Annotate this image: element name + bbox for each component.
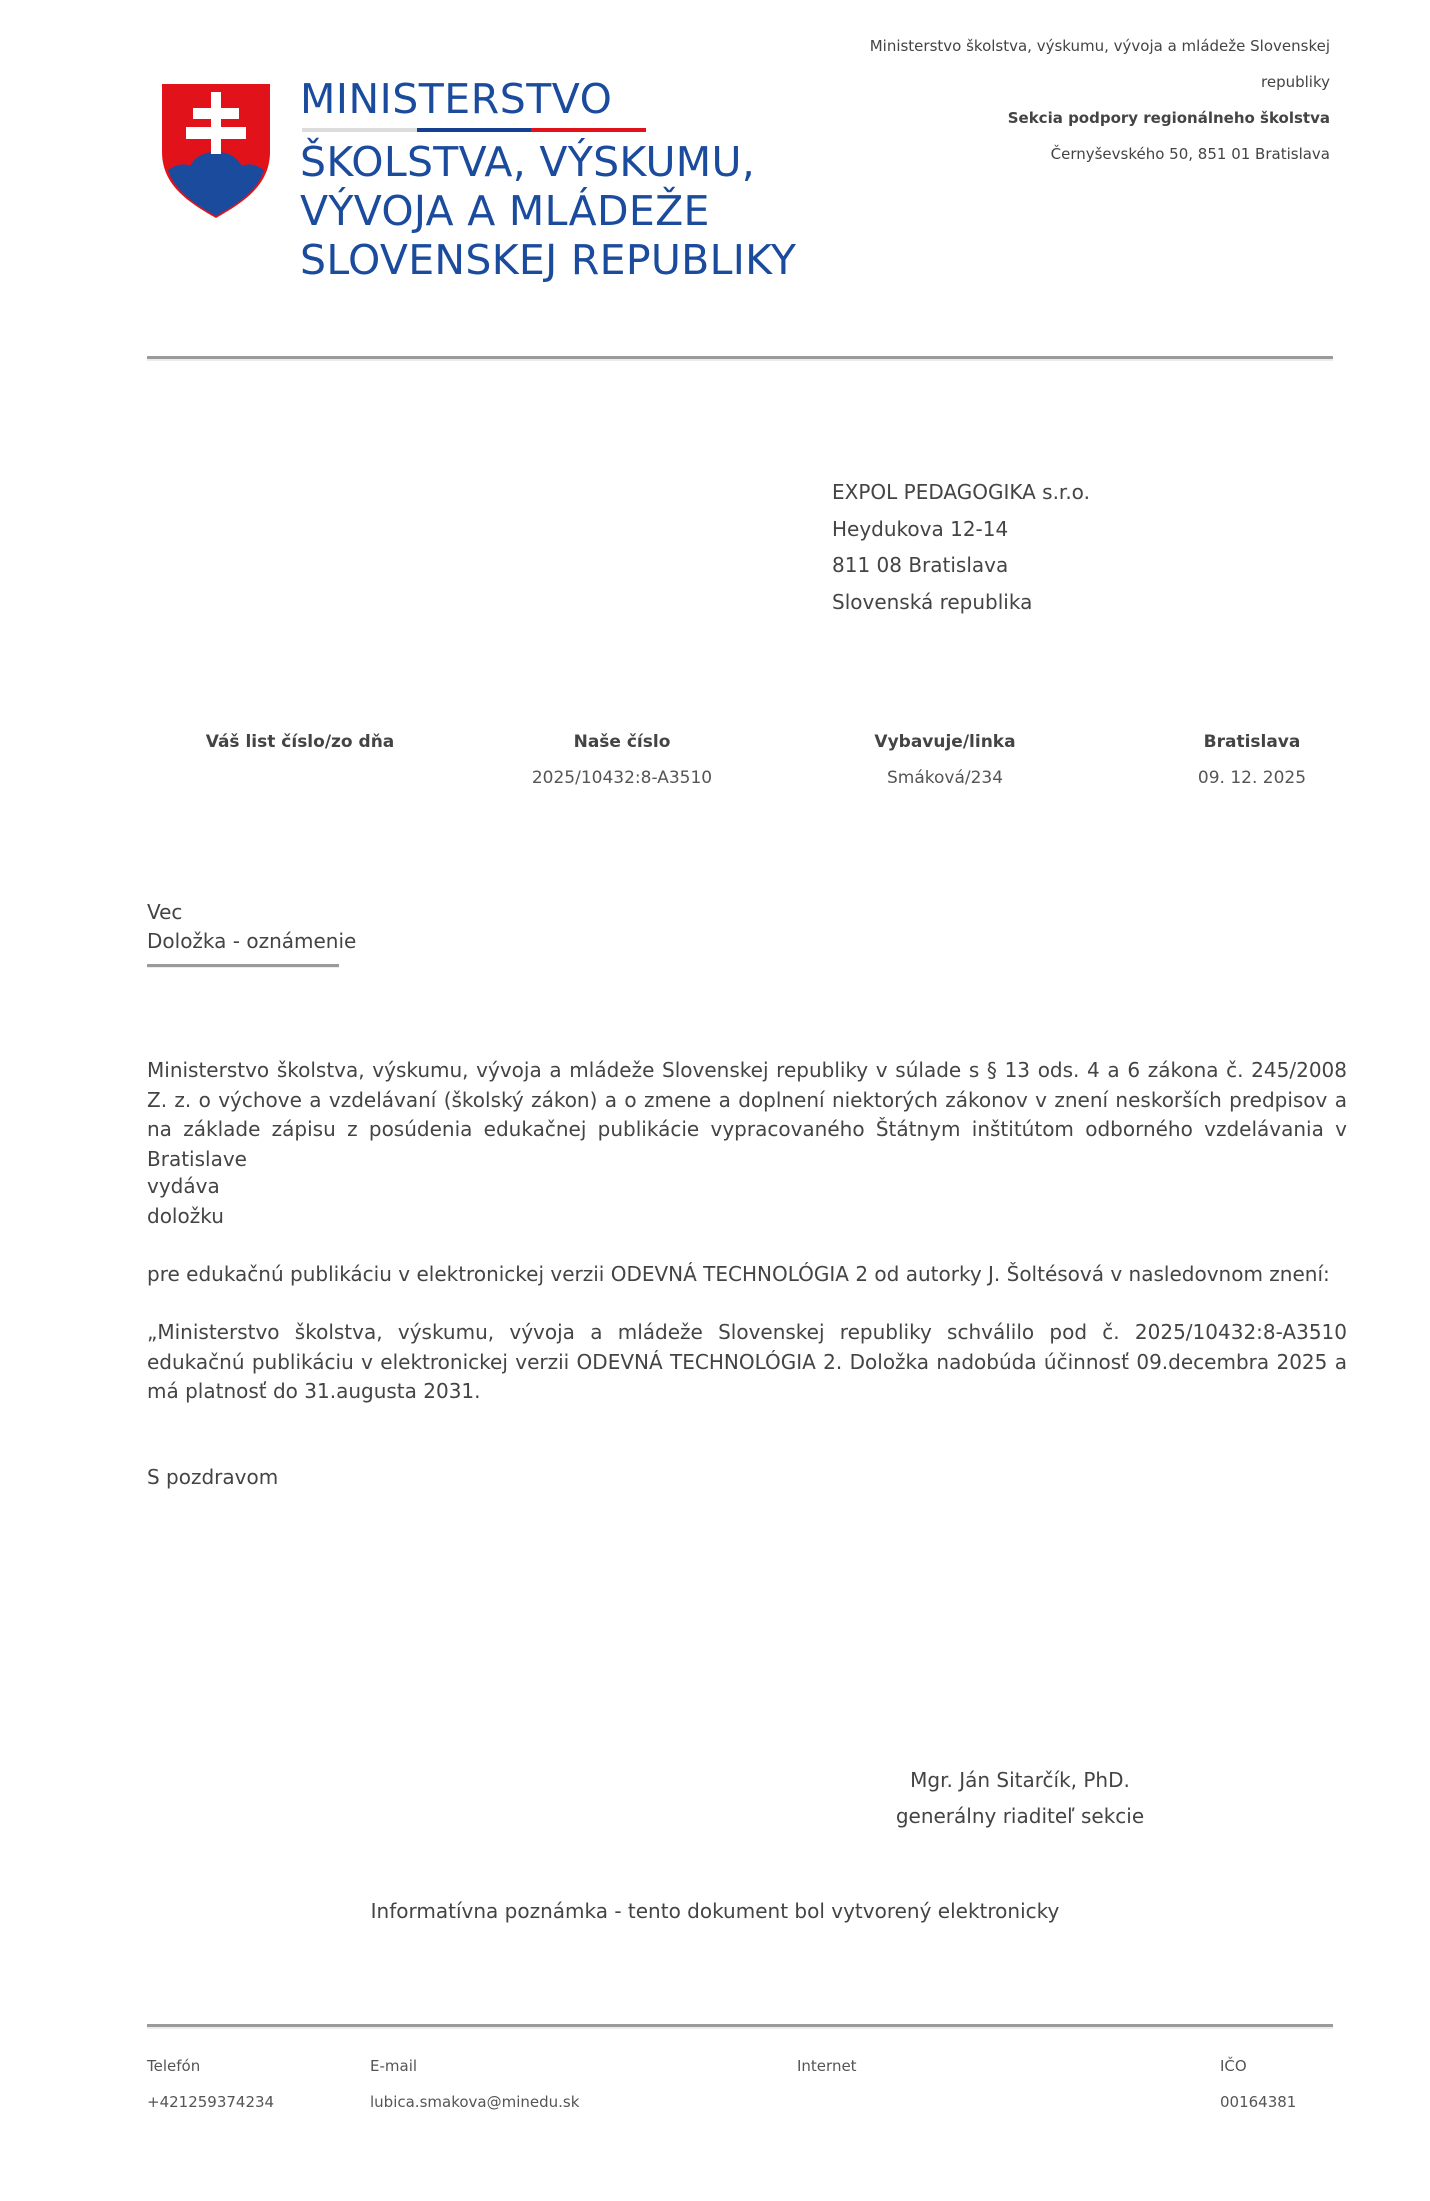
- subject: Vec Doložka - oznámenie: [147, 898, 356, 956]
- logo-title-line3: VÝVOJA A MLÁDEŽE: [300, 187, 796, 236]
- body-issues-line1: vydáva: [147, 1172, 1347, 1202]
- footer-ico: IČO 00164381: [1220, 2048, 1296, 2120]
- recipient-name: EXPOL PEDAGOGIKA s.r.o.: [832, 474, 1090, 511]
- electronic-document-note: Informatívna poznámka - tento dokument b…: [340, 1896, 1090, 1926]
- subject-label: Vec: [147, 898, 356, 927]
- ministry-logo: MINISTERSTVO ŠKOLSTVA, VÝSKUMU, VÝVOJA A…: [300, 76, 796, 285]
- body-paragraph-issues: vydáva doložku: [147, 1172, 1347, 1231]
- footer-email: E-mail lubica.smakova@minedu.sk: [370, 2048, 579, 2120]
- recipient-city: 811 08 Bratislava: [832, 547, 1090, 584]
- footer-value: [797, 2084, 857, 2120]
- subject-underline: [147, 964, 339, 968]
- sender-address: Ministerstvo školstva, výskumu, vývoja a…: [810, 28, 1330, 172]
- ref-value: [200, 760, 400, 796]
- footer-internet: Internet: [797, 2048, 857, 2120]
- ref-value: 2025/10432:8-A3510: [522, 760, 722, 796]
- footer-label: Telefón: [147, 2048, 274, 2084]
- footer-label: Internet: [797, 2048, 857, 2084]
- body-paragraph-publication: pre edukačnú publikáciu v elektronickej …: [147, 1260, 1347, 1290]
- logo-tricolor-stripe: [302, 128, 646, 132]
- footer-label: E-mail: [370, 2048, 579, 2084]
- recipient-address: EXPOL PEDAGOGIKA s.r.o. Heydukova 12-14 …: [832, 474, 1090, 620]
- ref-value: 09. 12. 2025: [1152, 760, 1352, 796]
- body-issues-line2: doložku: [147, 1202, 1347, 1232]
- footer-value: +421259374234: [147, 2084, 274, 2120]
- footer-divider: [147, 2024, 1333, 2029]
- logo-title-line4: SLOVENSKEJ REPUBLIKY: [300, 236, 796, 285]
- recipient-country: Slovenská republika: [832, 584, 1090, 621]
- slovak-coat-of-arms-icon: [160, 82, 272, 220]
- ref-label: Vybavuje/linka: [845, 724, 1045, 760]
- sender-street: Černyševského 50, 851 01 Bratislava: [810, 136, 1330, 172]
- ref-label: Váš list číslo/zo dňa: [200, 724, 400, 760]
- header-divider: [147, 356, 1333, 361]
- sender-name-line1: Ministerstvo školstva, výskumu, vývoja a…: [810, 28, 1330, 64]
- logo-title-line2: ŠKOLSTVA, VÝSKUMU,: [300, 138, 796, 187]
- signature-block: Mgr. Ján Sitarčík, PhD. generálny riadit…: [860, 1762, 1180, 1834]
- ref-label: Bratislava: [1152, 724, 1352, 760]
- recipient-street: Heydukova 12-14: [832, 511, 1090, 548]
- ref-value: Smáková/234: [845, 760, 1045, 796]
- signatory-name: Mgr. Ján Sitarčík, PhD.: [860, 1762, 1180, 1798]
- closing-greeting: S pozdravom: [147, 1463, 1347, 1493]
- body-paragraph-intro: Ministerstvo školstva, výskumu, vývoja a…: [147, 1056, 1347, 1174]
- sender-section: Sekcia podpory regionálneho školstva: [810, 100, 1330, 136]
- footer-email-link[interactable]: lubica.smakova@minedu.sk: [370, 2084, 579, 2120]
- ref-your-letter: Váš list číslo/zo dňa: [200, 724, 400, 796]
- footer-label: IČO: [1220, 2048, 1296, 2084]
- sender-name-line2: republiky: [810, 64, 1330, 100]
- ref-handled-by: Vybavuje/linka Smáková/234: [845, 724, 1045, 796]
- ref-label: Naše číslo: [522, 724, 722, 760]
- logo-title-line1: MINISTERSTVO: [300, 76, 796, 122]
- footer-phone: Telefón +421259374234: [147, 2048, 274, 2120]
- ref-place-date: Bratislava 09. 12. 2025: [1152, 724, 1352, 796]
- ref-our-number: Naše číslo 2025/10432:8-A3510: [522, 724, 722, 796]
- footer-value: 00164381: [1220, 2084, 1296, 2120]
- signatory-title: generálny riaditeľ sekcie: [860, 1798, 1180, 1834]
- body-paragraph-clause: „Ministerstvo školstva, výskumu, vývoja …: [147, 1318, 1347, 1407]
- subject-value: Doložka - oznámenie: [147, 927, 356, 956]
